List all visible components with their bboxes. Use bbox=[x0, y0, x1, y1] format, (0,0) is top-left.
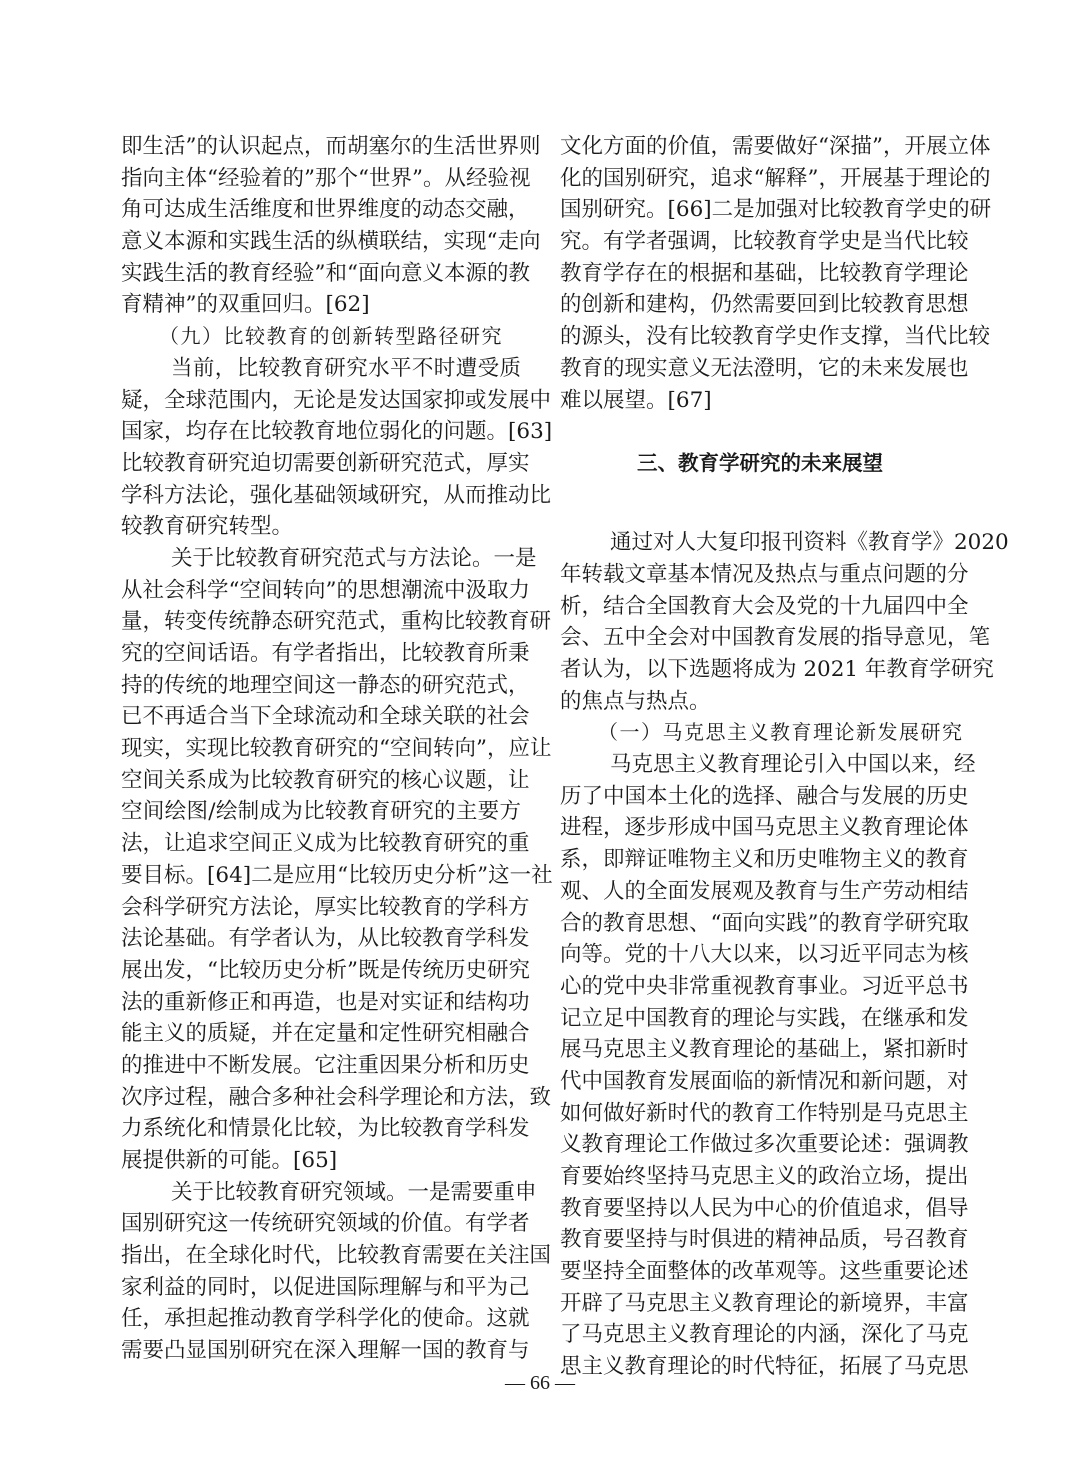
text-line: 化的国别研究，追求“解释”，开展基于理论的 bbox=[560, 163, 960, 195]
text-line: 展马克思主义教育理论的基础上，紧扣新时 bbox=[560, 1034, 960, 1066]
text-line: 开辟了马克思主义教育理论的新境界，丰富 bbox=[560, 1288, 960, 1320]
text-line: 实践生活的教育经验”和“面向意义本源的教 bbox=[121, 258, 521, 290]
text-line: 的焦点与热点。 bbox=[560, 686, 960, 718]
text-line: 指向主体“经验着的”那个“世界”。从经验视 bbox=[121, 163, 521, 195]
text-line: 指出，在全球化时代，比较教育需要在关注国 bbox=[121, 1240, 521, 1272]
text-line: 向等。党的十八大以来，以习近平同志为核 bbox=[560, 939, 960, 971]
text-line: 要坚持全面整体的改革观等。这些重要论述 bbox=[560, 1256, 960, 1288]
text-line: 能主义的质疑，并在定量和定性研究相融合 bbox=[121, 1018, 521, 1050]
text-line: 现实，实现比较教育研究的“空间转向”，应让 bbox=[121, 733, 521, 765]
text-line: 心的党中央非常重视教育事业。习近平总书 bbox=[560, 971, 960, 1003]
text-line: 系，即辩证唯物主义和历史唯物主义的教育 bbox=[560, 844, 960, 876]
left-column: 即生活”的认识起点，而胡塞尔的生活世界则 指向主体“经验着的”那个“世界”。从经… bbox=[121, 131, 521, 1367]
text-line: 疑，全球范围内，无论是发达国家抑或发展中 bbox=[121, 385, 521, 417]
text-line: 难以展望。[67] bbox=[560, 385, 960, 417]
subsection-heading: （九）比较教育的创新转型路径研究 bbox=[121, 321, 521, 353]
text-line: 展提供新的可能。[65] bbox=[121, 1145, 521, 1177]
text-line: 需要凸显国别研究在深入理解一国的教育与 bbox=[121, 1335, 521, 1367]
spacer bbox=[560, 480, 960, 512]
text-line: 如何做好新时代的教育工作特别是马克思主 bbox=[560, 1098, 960, 1130]
text-line: 的源头，没有比较教育学史作支撑，当代比较 bbox=[560, 321, 960, 353]
text-line: 的创新和建构，仍然需要回到比较教育思想 bbox=[560, 289, 960, 321]
text-line: 育精神”的双重回归。[62] bbox=[121, 289, 521, 321]
text-line: 展出发，“比较历史分析”既是传统历史研究 bbox=[121, 955, 521, 987]
text-line: 意义本源和实践生活的纵横联结，实现“走向 bbox=[121, 226, 521, 258]
text-line: 究的空间话语。有学者指出，比较教育所秉 bbox=[121, 638, 521, 670]
text-line: 会、五中全会对中国教育发展的指导意见，笔 bbox=[560, 622, 960, 654]
text-line: 从社会科学“空间转向”的思想潮流中汲取力 bbox=[121, 575, 521, 607]
text-line: 空间关系成为比较教育研究的核心议题，让 bbox=[121, 765, 521, 797]
page-number: — 66 — bbox=[0, 1372, 1080, 1395]
paragraph-start: 关于比较教育研究领域。一是需要重申 bbox=[121, 1177, 521, 1209]
text-line: 国别研究。[66]二是加强对比较教育学史的研 bbox=[560, 194, 960, 226]
text-line: 的推进中不断发展。它注重因果分析和历史 bbox=[121, 1050, 521, 1082]
text-line: 次序过程，融合多种社会科学理论和方法，致 bbox=[121, 1082, 521, 1114]
text-line: 合的教育思想、“面向实践”的教育学研究取 bbox=[560, 908, 960, 940]
right-column: 文化方面的价值，需要做好“深描”，开展立体 化的国别研究，追求“解释”，开展基于… bbox=[560, 131, 960, 1383]
text-line: 教育的现实意义无法澄明，它的未来发展也 bbox=[560, 353, 960, 385]
text-line: 国别研究这一传统研究领域的价值。有学者 bbox=[121, 1208, 521, 1240]
text-line: 力系统化和情景化比较，为比较教育学科发 bbox=[121, 1113, 521, 1145]
text-line: 教育学存在的根据和基础，比较教育学理论 bbox=[560, 258, 960, 290]
text-line: 进程，逐步形成中国马克思主义教育理论体 bbox=[560, 812, 960, 844]
text-line: 教育要坚持以人民为中心的价值追求，倡导 bbox=[560, 1193, 960, 1225]
text-line: 年转载文章基本情况及热点与重点问题的分 bbox=[560, 559, 960, 591]
text-line: 比较教育研究迫切需要创新研究范式，厚实 bbox=[121, 448, 521, 480]
text-line: 空间绘图/绘制成为比较教育研究的主要方 bbox=[121, 796, 521, 828]
text-line: 法的重新修正和再造，也是对实证和结构功 bbox=[121, 987, 521, 1019]
text-line: 要目标。[64]二是应用“比较历史分析”这一社 bbox=[121, 860, 521, 892]
text-line: 法论基础。有学者认为，从比较教育学科发 bbox=[121, 923, 521, 955]
text-line: 究。有学者强调，比较教育学史是当代比较 bbox=[560, 226, 960, 258]
text-line: 角可达成生活维度和世界维度的动态交融， bbox=[121, 194, 521, 226]
text-line: 了马克思主义教育理论的内涵，深化了马克 bbox=[560, 1319, 960, 1351]
text-line: 已不再适合当下全球流动和全球关联的社会 bbox=[121, 701, 521, 733]
text-line: 家利益的同时，以促进国际理解与和平为己 bbox=[121, 1272, 521, 1304]
text-line: 即生活”的认识起点，而胡塞尔的生活世界则 bbox=[121, 131, 521, 163]
document-page: 即生活”的认识起点，而胡塞尔的生活世界则 指向主体“经验着的”那个“世界”。从经… bbox=[0, 0, 1080, 1466]
spacer bbox=[560, 511, 960, 527]
section-heading: 三、教育学研究的未来展望 bbox=[560, 448, 960, 480]
subsection-heading: （一）马克思主义教育理论新发展研究 bbox=[560, 717, 960, 749]
text-line: 析，结合全国教育大会及党的十九届四中全 bbox=[560, 591, 960, 623]
text-line: 量，转变传统静态研究范式，重构比较教育研 bbox=[121, 606, 521, 638]
text-line: 文化方面的价值，需要做好“深描”，开展立体 bbox=[560, 131, 960, 163]
text-line: 者认为，以下选题将成为 2021 年教育学研究 bbox=[560, 654, 960, 686]
paragraph-start: 马克思主义教育理论引入中国以来，经 bbox=[560, 749, 960, 781]
paragraph-start: 通过对人大复印报刊资料《教育学》2020 bbox=[560, 527, 960, 559]
text-line: 学科方法论，强化基础领域研究，从而推动比 bbox=[121, 480, 521, 512]
paragraph-start: 当前，比较教育研究水平不时遭受质 bbox=[121, 353, 521, 385]
text-line: 较教育研究转型。 bbox=[121, 511, 521, 543]
text-line: 育要始终坚持马克思主义的政治立场，提出 bbox=[560, 1161, 960, 1193]
text-line: 记立足中国教育的理论与实践，在继承和发 bbox=[560, 1003, 960, 1035]
text-line: 法，让追求空间正义成为比较教育研究的重 bbox=[121, 828, 521, 860]
spacer bbox=[560, 416, 960, 448]
text-line: 持的传统的地理空间这一静态的研究范式， bbox=[121, 670, 521, 702]
paragraph-start: 关于比较教育研究范式与方法论。一是 bbox=[121, 543, 521, 575]
text-line: 教育要坚持与时俱进的精神品质，号召教育 bbox=[560, 1224, 960, 1256]
text-line: 义教育理论工作做过多次重要论述：强调教 bbox=[560, 1129, 960, 1161]
text-line: 会科学研究方法论，厚实比较教育的学科方 bbox=[121, 892, 521, 924]
text-line: 任，承担起推动教育学科学化的使命。这就 bbox=[121, 1303, 521, 1335]
text-line: 代中国教育发展面临的新情况和新问题，对 bbox=[560, 1066, 960, 1098]
text-line: 国家，均存在比较教育地位弱化的问题。[63] bbox=[121, 416, 521, 448]
text-line: 历了中国本土化的选择、融合与发展的历史 bbox=[560, 781, 960, 813]
text-line: 观、人的全面发展观及教育与生产劳动相结 bbox=[560, 876, 960, 908]
